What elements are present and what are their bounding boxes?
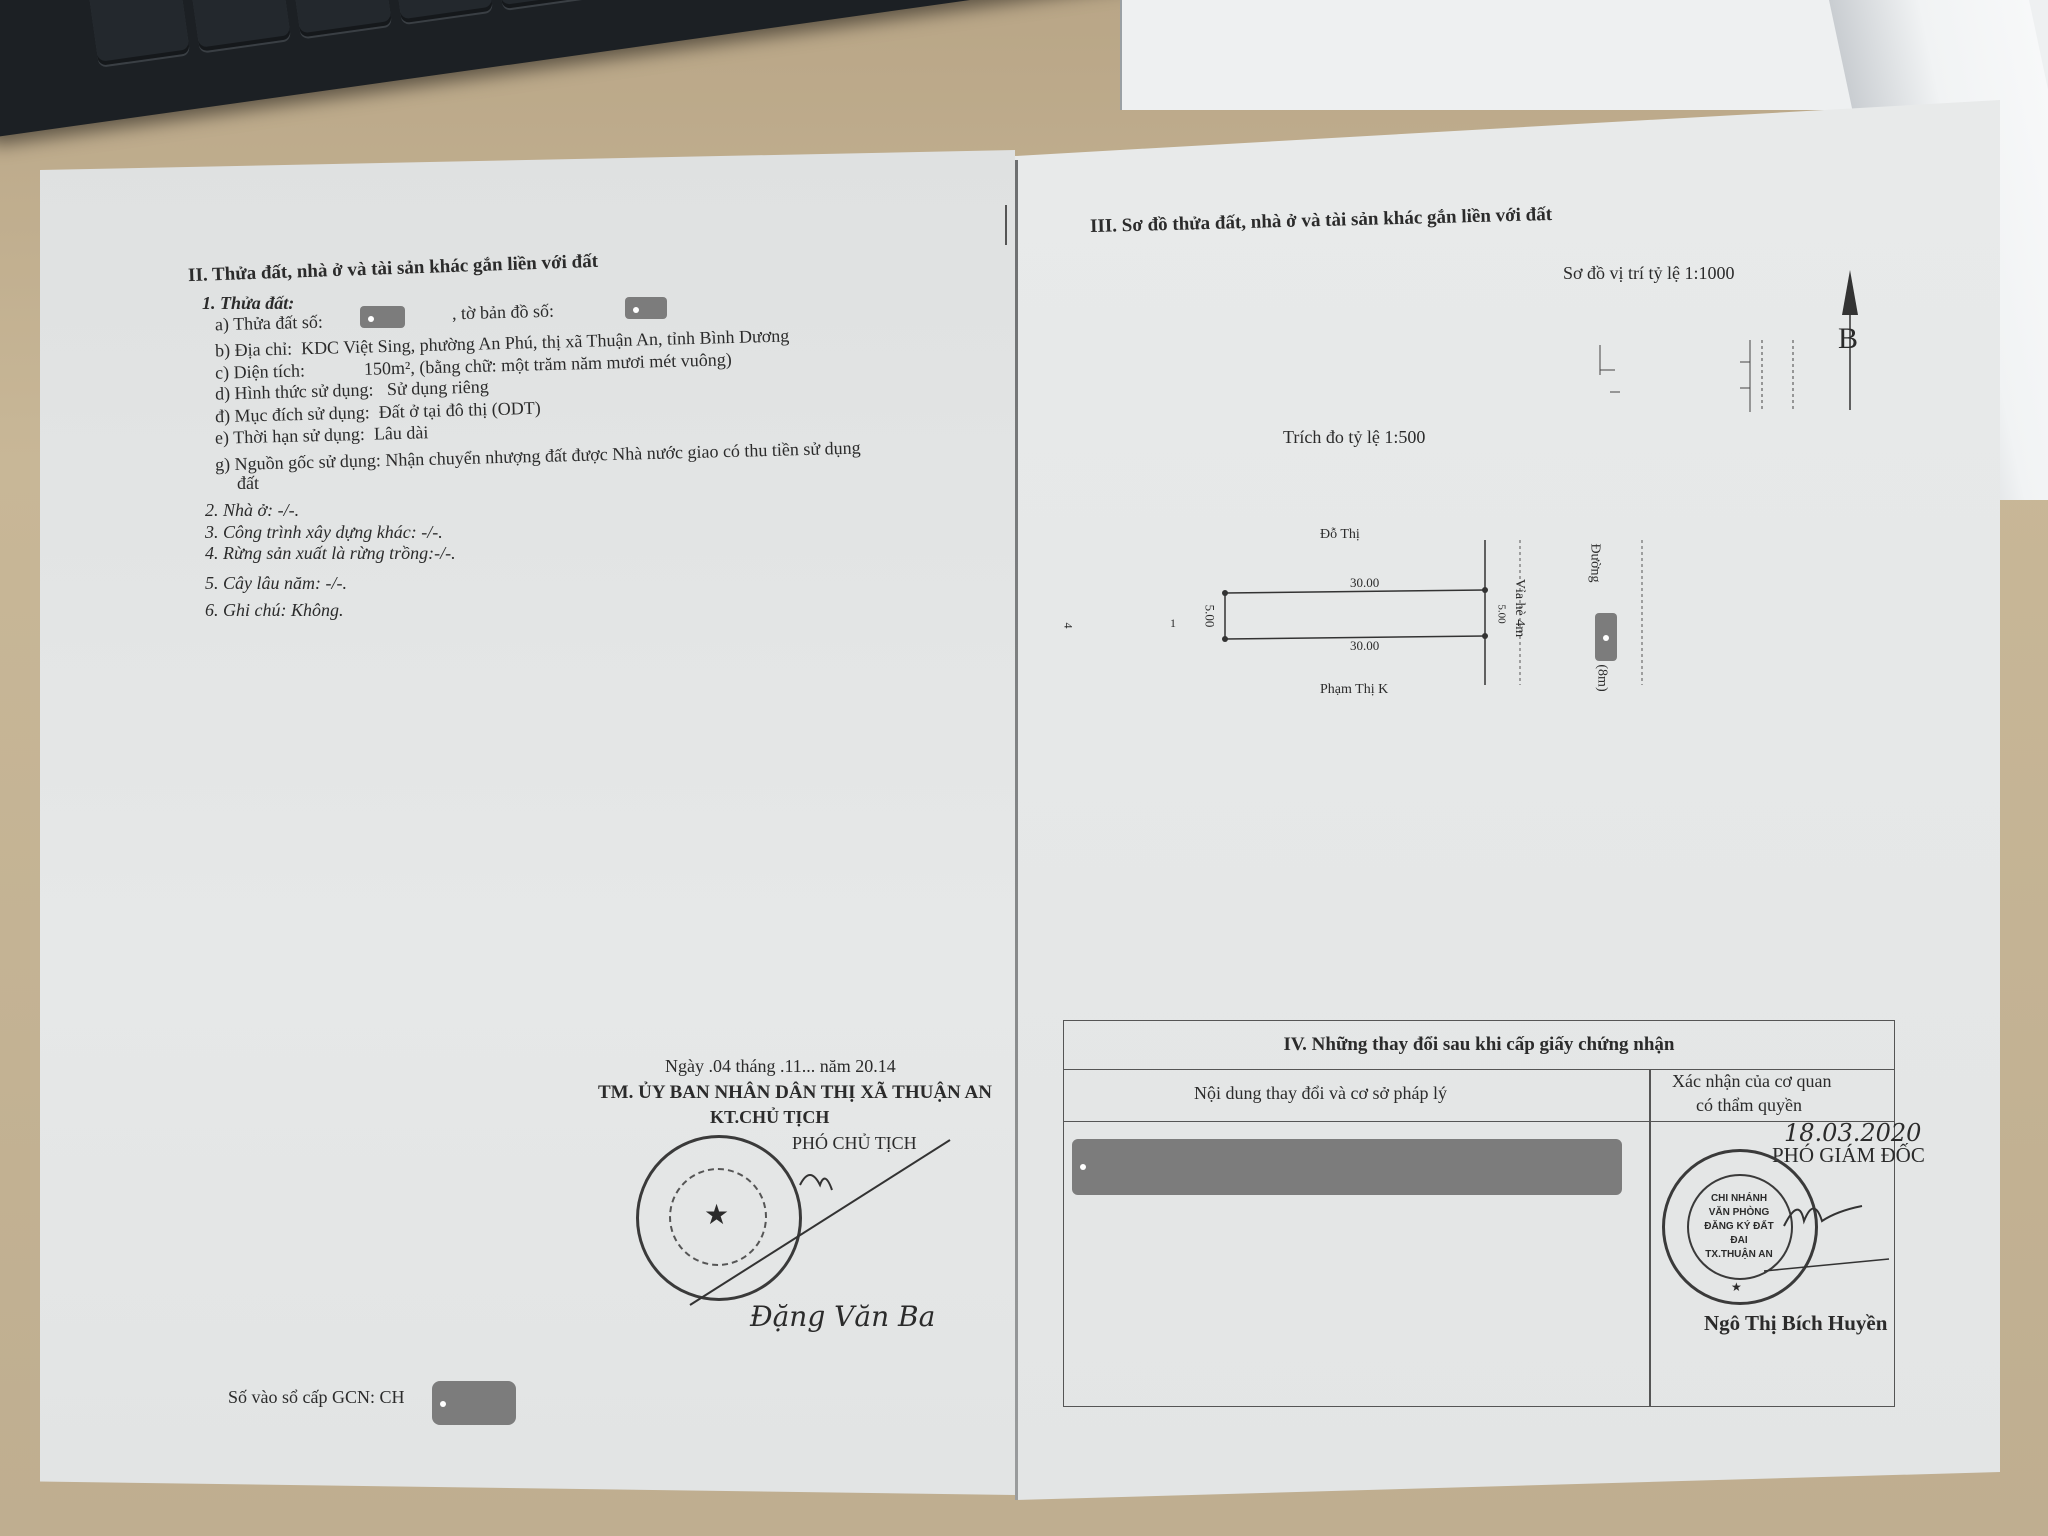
left-width: 5.00 xyxy=(1201,605,1217,628)
neighbor-south: Phạm Thị K xyxy=(1320,682,1388,698)
issuer: TM. ỦY BAN NHÂN DÂN THỊ XÃ THUẬN AN xyxy=(598,1082,992,1104)
perennial-trees-row: 5. Cây lâu năm: -/-. xyxy=(205,573,347,594)
sidewalk-label: Vỉa hè 4m xyxy=(1511,579,1527,637)
issuer-role-1: KT.CHỦ TỊCH xyxy=(710,1107,829,1128)
col-content-header: Nội dung thay đổi và cơ sở pháp lý xyxy=(1194,1083,1447,1104)
issue-date: Ngày .04 tháng .11... năm 20.14 xyxy=(665,1056,896,1077)
key-windows xyxy=(290,0,392,38)
signature-stroke xyxy=(680,1130,960,1310)
corner-marker: 4 xyxy=(1061,623,1076,629)
registry-label: Số vào sổ cấp GCN: CH xyxy=(228,1387,405,1408)
confirm-signer: Ngô Thị Bích Huyền xyxy=(1704,1311,1887,1336)
parcel-outline xyxy=(1050,540,1650,700)
change-content-redacted xyxy=(1072,1139,1622,1195)
usage-purpose-label: đ) Mục đích sử dụng: xyxy=(215,402,370,426)
parcel-index: 1 xyxy=(1170,616,1176,631)
survey-scale: Trích đo tỷ lệ 1:500 xyxy=(1283,427,1425,448)
usage-term-value: Lâu dài xyxy=(374,422,429,443)
road-label: Đường xyxy=(1587,543,1603,582)
key-alt xyxy=(391,0,493,23)
house-row: 2. Nhà ở: -/-. xyxy=(205,500,299,521)
address-label: b) Địa chỉ: xyxy=(215,339,292,361)
map-sheet-redacted xyxy=(625,297,667,319)
parcel-number-label: a) Thửa đất số: xyxy=(215,312,323,336)
page-fold xyxy=(1015,160,1018,1500)
seal-star-icon: ★ xyxy=(1731,1280,1742,1295)
road-width: (8m) xyxy=(1594,664,1610,691)
tick-mark xyxy=(1005,205,1007,245)
usage-purpose-value: Đất ở tại đô thị (ODT) xyxy=(378,398,540,422)
top-length: 30.00 xyxy=(1350,575,1379,591)
road-name-redacted xyxy=(1595,613,1617,661)
land-parcel-heading: 1. Thửa đất: xyxy=(202,293,294,314)
confirm-signature-stroke xyxy=(1764,1171,1894,1281)
key-blank xyxy=(88,0,190,66)
col-confirm-header-line1: Xác nhận của cơ quan xyxy=(1672,1071,1831,1092)
changes-table: IV. Những thay đổi sau khi cấp giấy chứn… xyxy=(1063,1020,1895,1407)
origin-label: g) Nguồn gốc sử dụng: xyxy=(215,450,381,474)
confirm-role: PHÓ GIÁM ĐỐC xyxy=(1772,1143,1925,1168)
right-width: 5.00 xyxy=(1496,604,1508,623)
key-space xyxy=(492,0,879,9)
signer-name: Đặng Văn Ba xyxy=(750,1300,935,1333)
origin-value-line2: đất xyxy=(237,473,259,494)
key-fn: Fn xyxy=(189,0,291,52)
fn-key-label: Fn xyxy=(202,0,226,3)
usage-form-label: d) Hình thức sử dụng: xyxy=(215,379,374,403)
production-forest-row: 4. Rừng sản xuất là rừng trồng:-/-. xyxy=(205,543,456,564)
map-sheet-label: , tờ bản đồ số: xyxy=(452,301,555,325)
north-label: B xyxy=(1838,322,1858,356)
col-confirm-header-line2: có thẩm quyền xyxy=(1696,1095,1802,1116)
bottom-length: 30.00 xyxy=(1350,638,1379,654)
area-label: c) Diện tích: xyxy=(215,360,305,382)
changes-table-header: Nội dung thay đổi và cơ sở pháp lý Xác n… xyxy=(1064,1069,1894,1122)
other-construction-row: 3. Công trình xây dựng khác: -/-. xyxy=(205,522,443,543)
parcel-diagram: Đỗ Thị 30.00 30.00 5.00 5.00 1 4 Vỉa hè … xyxy=(1050,510,1650,730)
notes-row: 6. Ghi chú: Không. xyxy=(205,600,344,621)
location-sketch xyxy=(1590,340,1820,420)
parcel-number-redacted xyxy=(360,306,405,328)
changes-table-title: IV. Những thay đổi sau khi cấp giấy chứn… xyxy=(1064,1021,1894,1070)
location-scale: Sơ đồ vị trí tỷ lệ 1:1000 xyxy=(1563,263,1735,284)
usage-form-value: Sử dụng riêng xyxy=(387,376,489,399)
usage-term-label: e) Thời hạn sử dụng: xyxy=(215,424,365,448)
registry-number-redacted xyxy=(432,1381,516,1425)
column-divider xyxy=(1649,1069,1651,1406)
